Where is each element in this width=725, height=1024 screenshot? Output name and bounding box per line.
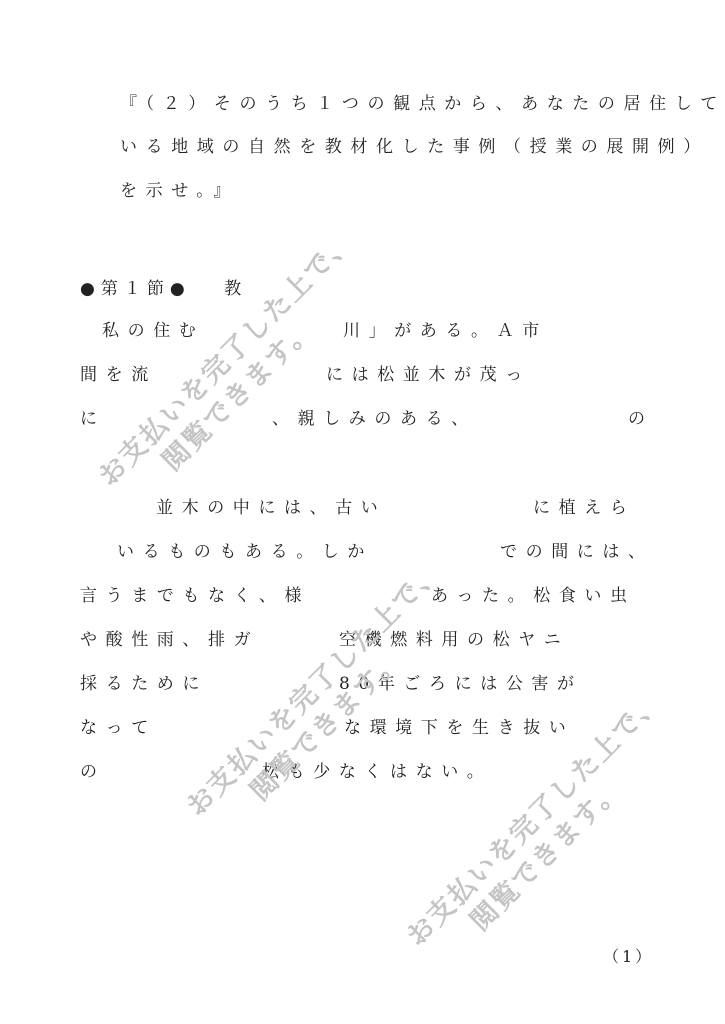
body-line-4-left: 並木の中には、古い (156, 497, 386, 519)
body-line-2-left: 間を流 (80, 364, 157, 386)
body-line-1-right: 川」がある。Ａ市 (343, 320, 548, 342)
body-line-4-right: に植えら (533, 497, 635, 519)
body-line-5-right: での間には、 (500, 541, 654, 563)
body-line-3-right: 、親しみのある、 (272, 408, 477, 430)
section-heading: ●第１節● 教 (80, 274, 247, 299)
body-line-2-right: には松並木が茂っ (326, 364, 531, 386)
page-number: （1） (603, 944, 654, 967)
question-line-1: 『（２）そのうち１つの観点から、あなたの居住して (120, 93, 725, 115)
body-line-1-left: 私の住む (102, 320, 204, 342)
body-line-3-tail: の (628, 408, 654, 430)
section-label: ●第１節● (80, 279, 191, 299)
body-line-10-left: の (80, 761, 106, 783)
body-line-8-left: 採るために (80, 673, 208, 695)
body-line-7-left: や酸性雨、排ガ (80, 629, 259, 651)
question-line-3: を示せ。』 (120, 180, 239, 202)
question-line-2: いる地域の自然を教材化した事例（授業の展開例） (120, 136, 709, 158)
body-line-9-right: な環境下を生き抜い (344, 717, 574, 739)
body-line-5-left: いるものもある。しか (117, 541, 373, 563)
body-line-3-left: に (80, 408, 106, 430)
section-title-fragment: 教 (224, 279, 247, 299)
body-line-6-left: 言うまでもなく、様 (80, 585, 310, 607)
body-line-9-left: なって (80, 717, 157, 739)
